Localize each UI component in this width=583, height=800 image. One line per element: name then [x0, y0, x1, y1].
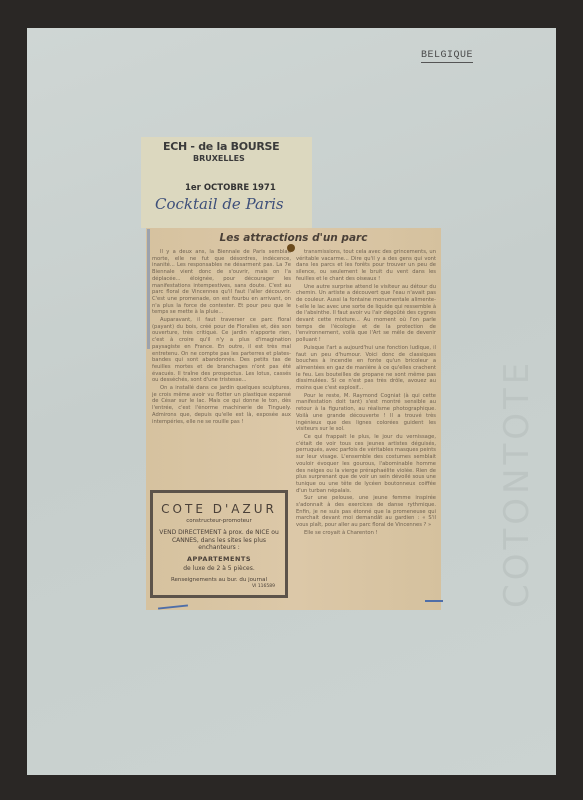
article-left-column: Il y a deux ans, la Biennale de Paris se…: [152, 249, 291, 426]
paragraph: Puisque l'art a aujourd'hui une fonction…: [296, 345, 436, 392]
ink-mark: [147, 229, 150, 349]
country-label: BELGIQUE: [421, 50, 473, 63]
watermark: COTONTOTE: [497, 138, 527, 608]
handwritten-note: Cocktail de Paris: [155, 195, 284, 213]
ad-reference: VI 116589: [153, 584, 285, 589]
ad-detail: de luxe de 2 à 5 pièces.: [153, 565, 285, 572]
paragraph: transmissions, tout cela avec des grince…: [296, 249, 436, 283]
paragraph: Une autre surprise attend le visiteur au…: [296, 284, 436, 344]
paragraph: Auparavant, il faut traverser ce parc fl…: [152, 317, 291, 384]
newspaper-clipping: Les attractions d'un parc Il y a deux an…: [146, 228, 441, 610]
paragraph: Pour le reste, M. Raymond Cogniat (à qui…: [296, 393, 436, 433]
ad-subtitle: constructeur-promoteur: [153, 518, 285, 524]
article-right-column: transmissions, tout cela avec des grince…: [296, 249, 436, 538]
ad-body: VEND DIRECTEMENT à prox. de NICE ou CANN…: [153, 529, 285, 552]
article-title: Les attractions d'un parc: [146, 232, 441, 244]
paragraph: Sur une pelouse, une jeune femme inspiré…: [296, 495, 436, 529]
paragraph: Elle se croyait à Charenton !: [296, 530, 436, 537]
publication-stamp: ECH - de la BOURSE: [163, 140, 279, 153]
date-stamp: 1er OCTOBRE 1971: [185, 183, 276, 193]
paragraph: On a installé dans ce jardin quelques sc…: [152, 385, 291, 425]
city-stamp: BRUXELLES: [193, 154, 245, 163]
paragraph: Il y a deux ans, la Biennale de Paris se…: [152, 249, 291, 316]
paragraph: Ce qui frappait le plus, le jour du vern…: [296, 434, 436, 494]
ad-product: APPARTEMENTS: [153, 555, 285, 563]
ink-mark: [425, 600, 443, 602]
advertisement-box: COTE D'AZUR constructeur-promoteur VEND …: [150, 490, 288, 598]
ad-contact: Renseignements au bur. du journal: [153, 577, 285, 583]
pushpin-mark: [287, 244, 295, 252]
source-slip: ECH - de la BOURSE BRUXELLES 1er OCTOBRE…: [141, 137, 312, 228]
ad-brand: COTE D'AZUR: [153, 502, 285, 516]
